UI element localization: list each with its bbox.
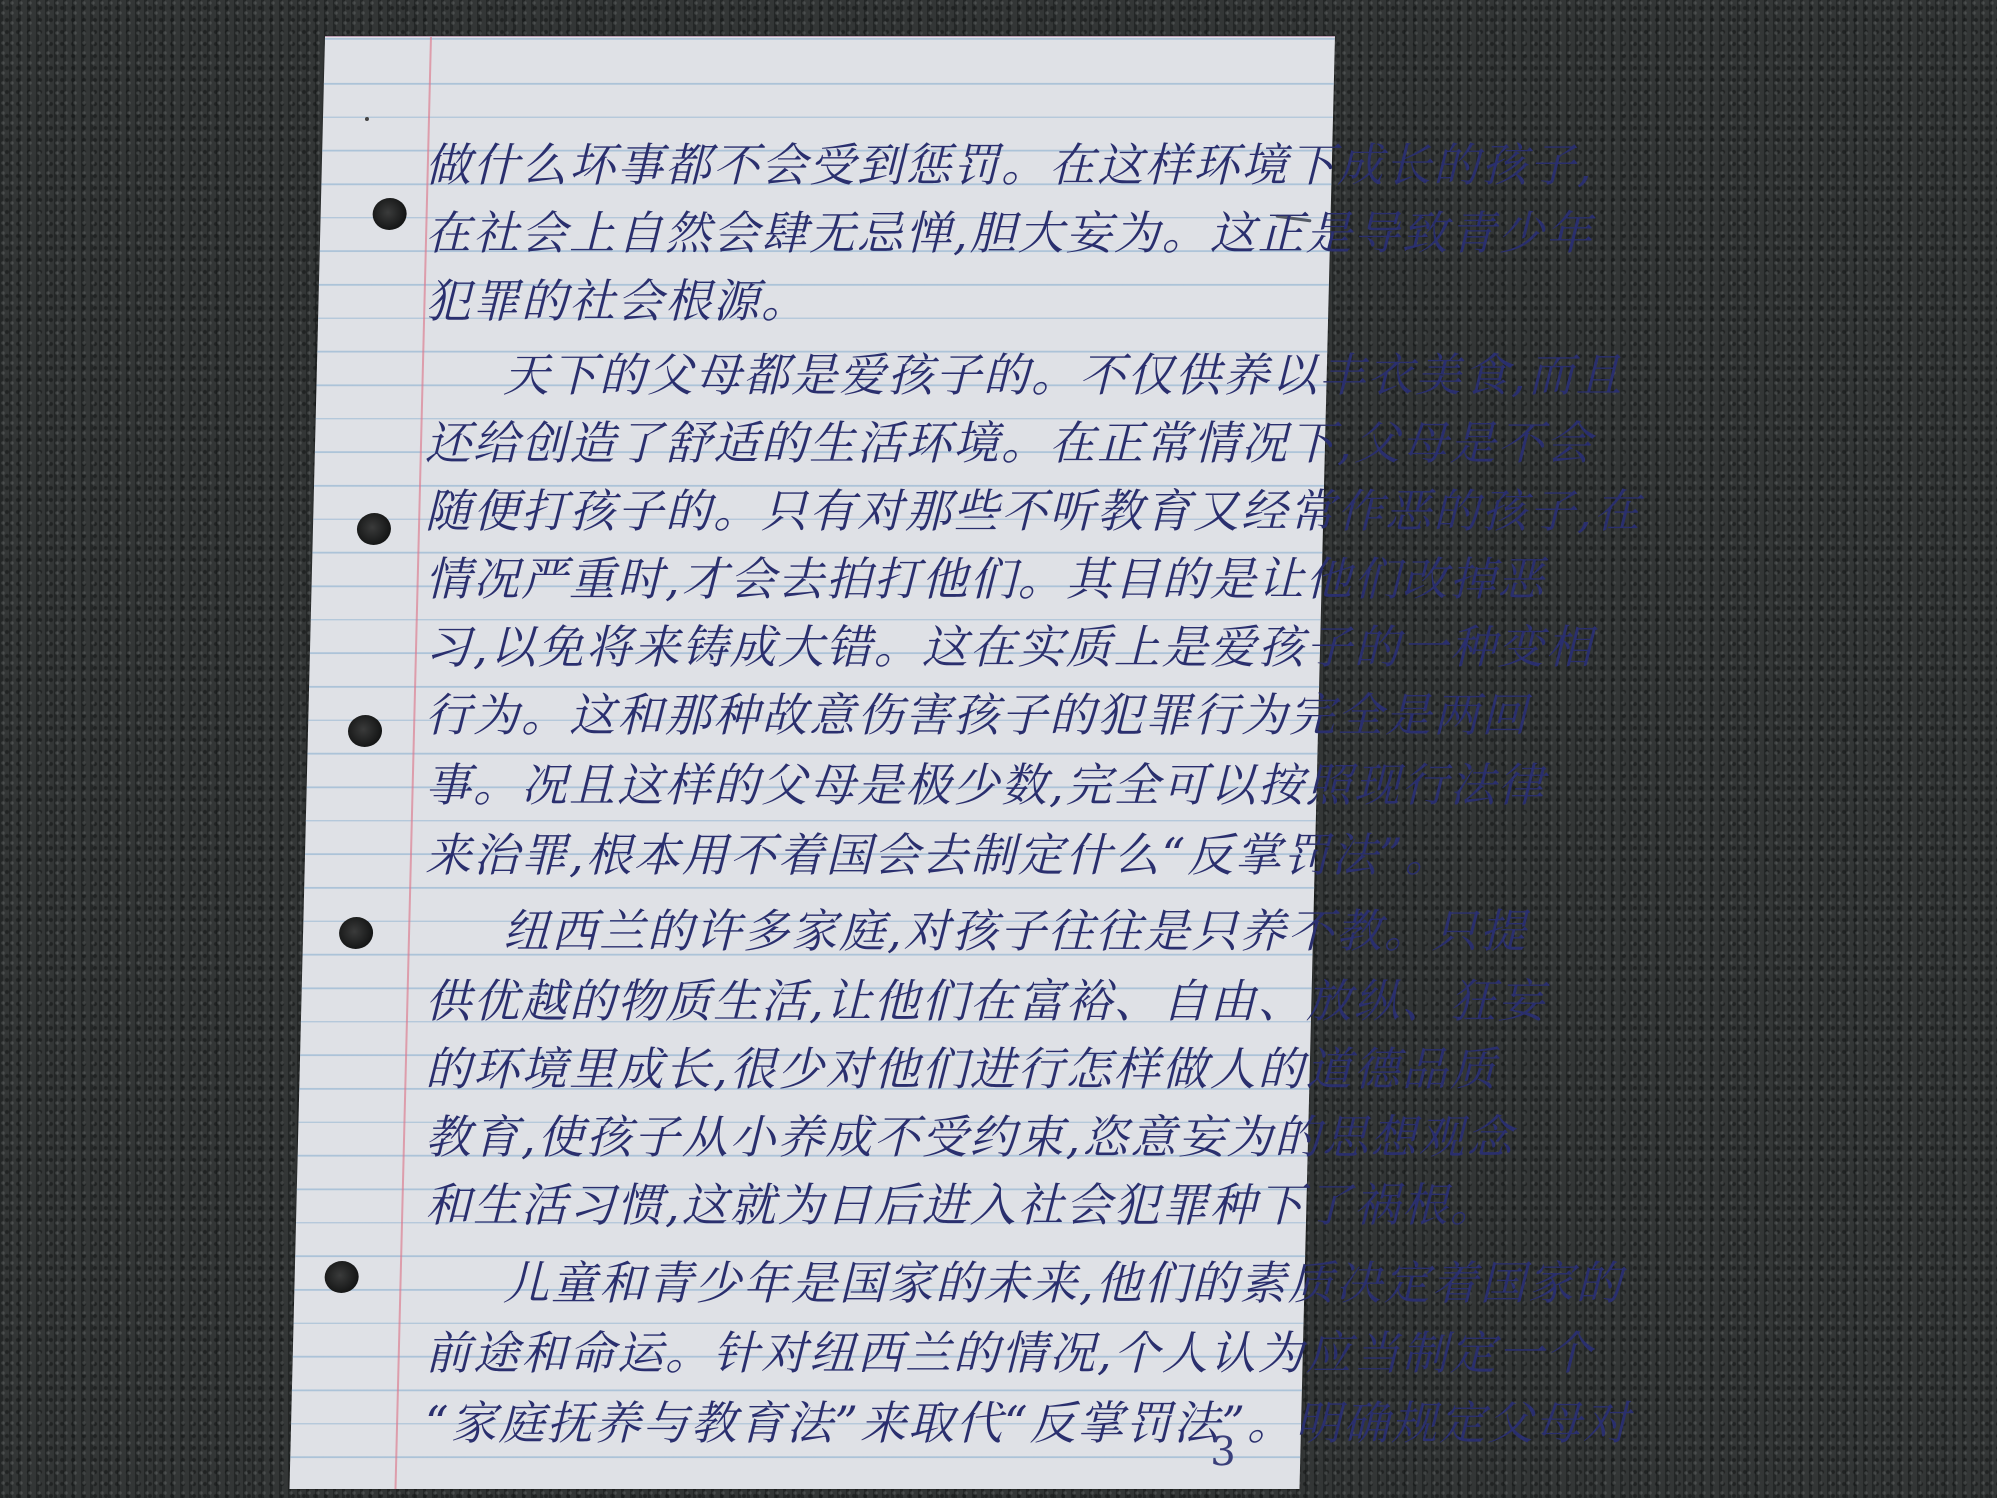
punch-hole (357, 513, 392, 545)
punch-hole (348, 715, 383, 747)
text-line: 情况严重时,才会去拍打他们。其目的是让他们改掉恶 (425, 543, 1546, 609)
text-line: 在社会上自然会肆无忌惮,胆大妄为。这正是导致青少年 (425, 197, 1594, 263)
text-line: 前途和命运。针对纽西兰的情况,个人认为应当制定一个 (425, 1317, 1594, 1383)
text-line: 事。况且这样的父母是极少数,完全可以按照现行法律 (425, 749, 1546, 815)
text-line: 来治罪,根本用不着国会去制定什么“反掌罚法”。 (425, 819, 1453, 885)
text-line: 还给创造了舒适的生活环境。在正常情况下,父母是不会 (425, 407, 1594, 473)
text-line: “家庭抚养与教育法”来取代“反掌罚法”。明确规定父母对 (425, 1387, 1631, 1453)
notebook-paper: 做什么坏事都不会受到惩罚。在这样环境下成长的孩子, 在社会上自然会肆无忌惮,胆大… (289, 36, 1335, 1489)
text-line: 天下的父母都是爱孩子的。不仅供养以丰衣美食,而且 (425, 339, 1624, 405)
text-line: 随便打孩子的。只有对那些不听教育又经常作恶的孩子,在 (425, 475, 1642, 541)
punch-hole (339, 917, 374, 949)
ink-speck (365, 117, 369, 121)
text-line: 儿童和青少年是国家的未来,他们的素质决定着国家的 (425, 1247, 1624, 1313)
text-line: 教育,使孩子从小养成不受约束,恣意妄为的思想观念 (425, 1101, 1514, 1167)
text-line: 行为。这和那种故意伤害孩子的犯罪行为完全是两回 (425, 679, 1529, 745)
punch-hole (372, 198, 407, 230)
text-line: 犯罪的社会根源。 (425, 265, 809, 331)
punch-hole (324, 1261, 359, 1293)
text-line: 做什么坏事都不会受到惩罚。在这样环境下成长的孩子, (425, 129, 1594, 195)
text-line: 和生活习惯,这就为日后进入社会犯罪种下了祸根。 (425, 1169, 1498, 1235)
text-line: 供优越的物质生活,让他们在富裕、自由、放纵、狂妄 (425, 965, 1546, 1031)
text-line: 纽西兰的许多家庭,对孩子往往是只养不教。只提 (425, 895, 1528, 961)
page-number: 3 (1210, 1429, 1237, 1475)
text-line: 的环境里成长,很少对他们进行怎样做人的道德品质 (425, 1033, 1498, 1099)
text-line: 习,以免将来铸成大错。这在实质上是爱孩子的一种变相 (425, 611, 1594, 677)
